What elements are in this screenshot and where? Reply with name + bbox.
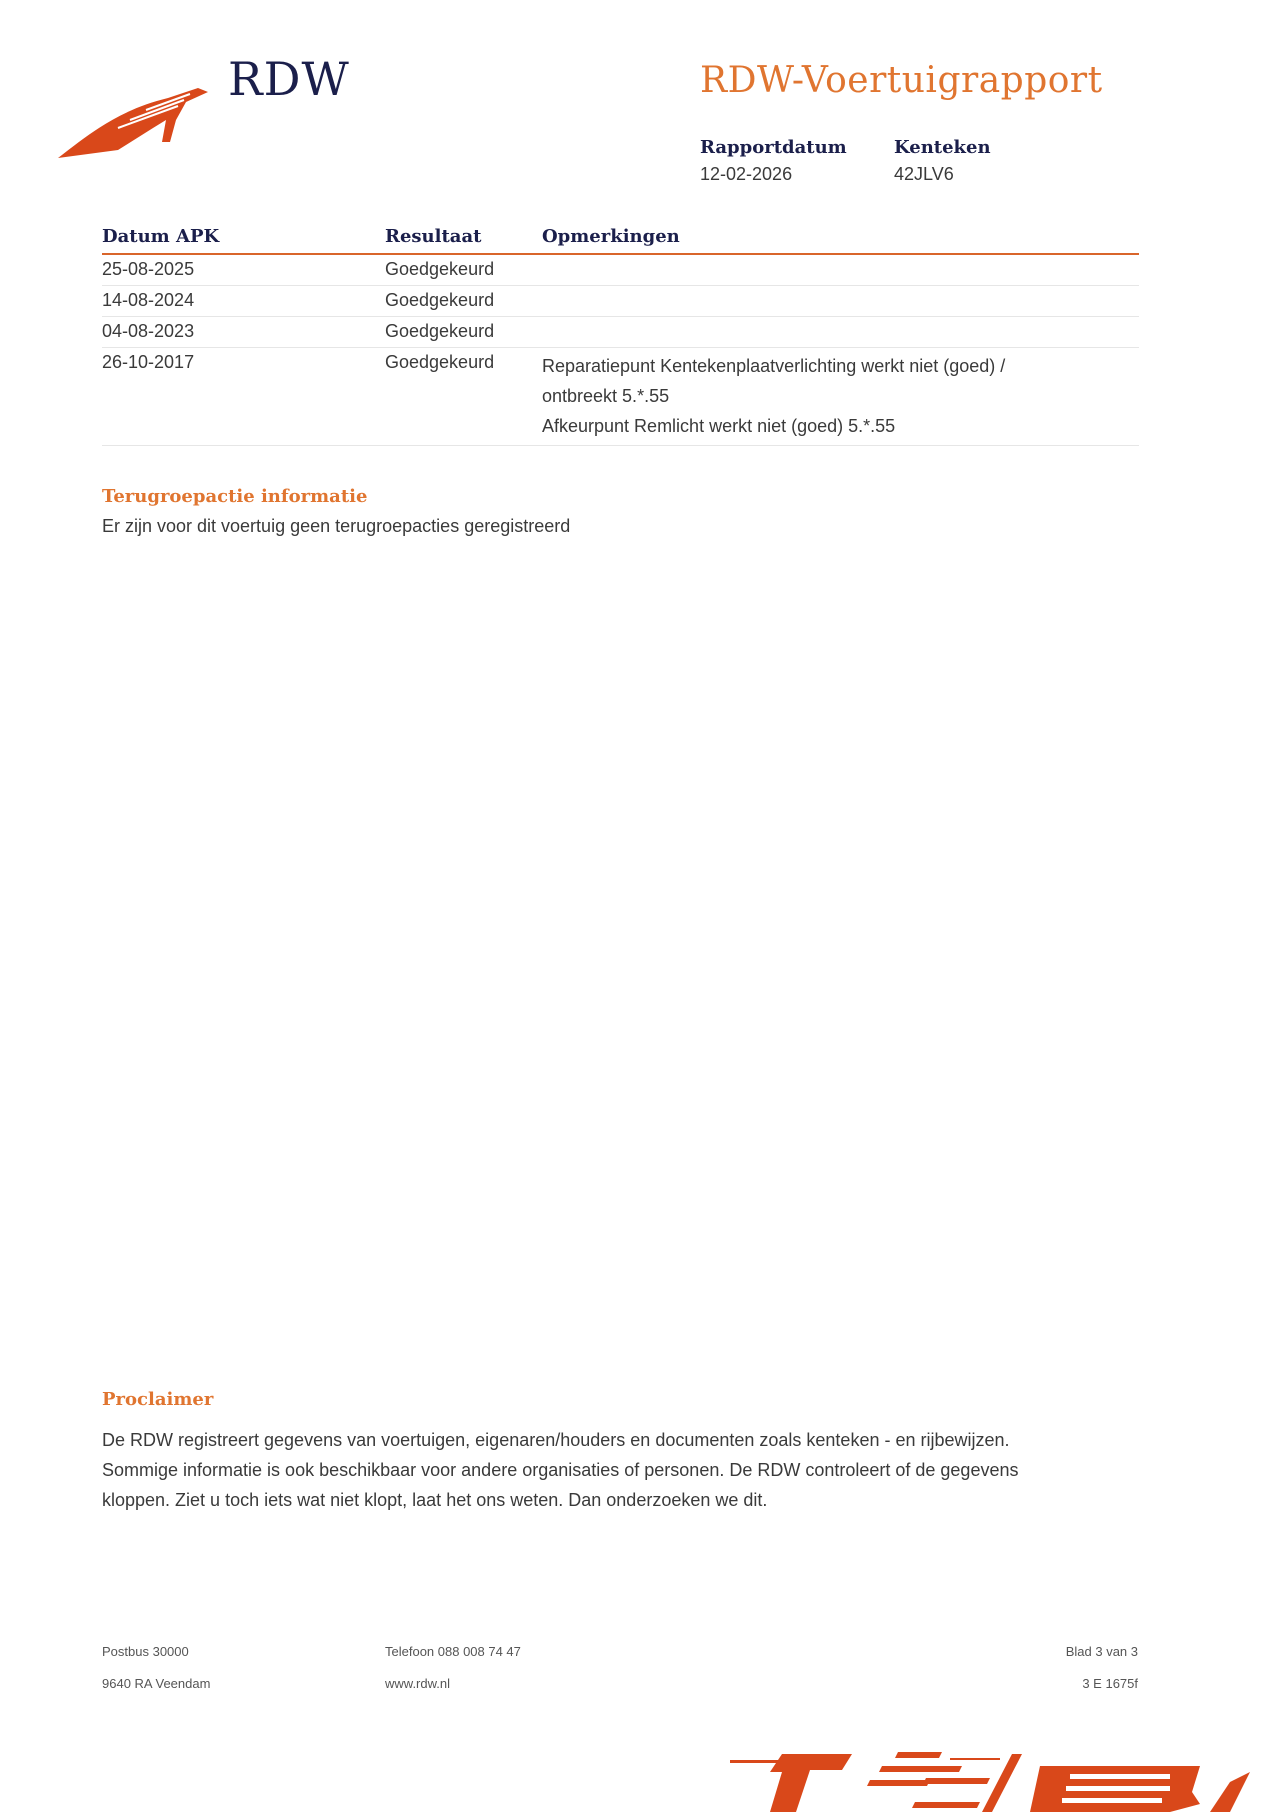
footer-phone: Telefoon 088 008 74 47: [385, 1644, 521, 1659]
meta-label: Rapportdatum: [700, 137, 847, 158]
logo-text: RDW: [228, 52, 350, 106]
note-line: Reparatiepunt Kentekenplaatverlichting w…: [542, 351, 1059, 411]
column-header-notes: Opmerkingen: [542, 222, 1139, 254]
cell-date: 25-08-2025: [102, 254, 385, 286]
meta-label: Kenteken: [894, 137, 991, 158]
meta-value: 12-02-2026: [700, 164, 847, 185]
table-row: 25-08-2025Goedgekeurd: [102, 254, 1139, 286]
cell-result: Goedgekeurd: [385, 254, 542, 286]
table-header-row: Datum APK Resultaat Opmerkingen: [102, 222, 1139, 254]
cell-notes: Reparatiepunt Kentekenplaatverlichting w…: [542, 348, 1139, 446]
report-title: RDW-Voertuigrapport: [700, 60, 1103, 101]
footer-address-line2: 9640 RA Veendam: [102, 1676, 210, 1691]
rdw-feather-logo-icon: [58, 80, 208, 160]
meta-value: 42JLV6: [894, 164, 991, 185]
rdw-brand-stripe-icon: [730, 1742, 1280, 1812]
cell-date: 04-08-2023: [102, 317, 385, 348]
cell-date: 26-10-2017: [102, 348, 385, 446]
table-row: 04-08-2023Goedgekeurd: [102, 317, 1139, 348]
note-line: Afkeurpunt Remlicht werkt niet (goed) 5.…: [542, 411, 1059, 441]
cell-date: 14-08-2024: [102, 286, 385, 317]
column-header-result: Resultaat: [385, 222, 542, 254]
column-header-date: Datum APK: [102, 222, 385, 254]
disclaimer-title: Proclaimer: [102, 1389, 213, 1410]
recall-section-title: Terugroepactie informatie: [102, 486, 367, 507]
cell-notes: [542, 254, 1139, 286]
cell-notes: [542, 317, 1139, 348]
cell-result: Goedgekeurd: [385, 317, 542, 348]
disclaimer-text: De RDW registreert gegevens van voertuig…: [102, 1425, 1082, 1515]
cell-notes: [542, 286, 1139, 317]
cell-result: Goedgekeurd: [385, 286, 542, 317]
recall-section-text: Er zijn voor dit voertuig geen terugroep…: [102, 516, 570, 537]
table-row: 26-10-2017GoedgekeurdReparatiepunt Kente…: [102, 348, 1139, 446]
table-row: 14-08-2024Goedgekeurd: [102, 286, 1139, 317]
meta-report-date: Rapportdatum 12-02-2026: [700, 137, 847, 185]
apk-history-table: Datum APK Resultaat Opmerkingen 25-08-20…: [102, 222, 1139, 446]
footer-website-link[interactable]: www.rdw.nl: [385, 1676, 450, 1691]
footer-page-number: Blad 3 van 3: [1066, 1644, 1138, 1659]
meta-license-plate: Kenteken 42JLV6: [894, 137, 991, 185]
footer-address-line1: Postbus 30000: [102, 1644, 189, 1659]
footer-document-code: 3 E 1675f: [1082, 1676, 1138, 1691]
cell-result: Goedgekeurd: [385, 348, 542, 446]
